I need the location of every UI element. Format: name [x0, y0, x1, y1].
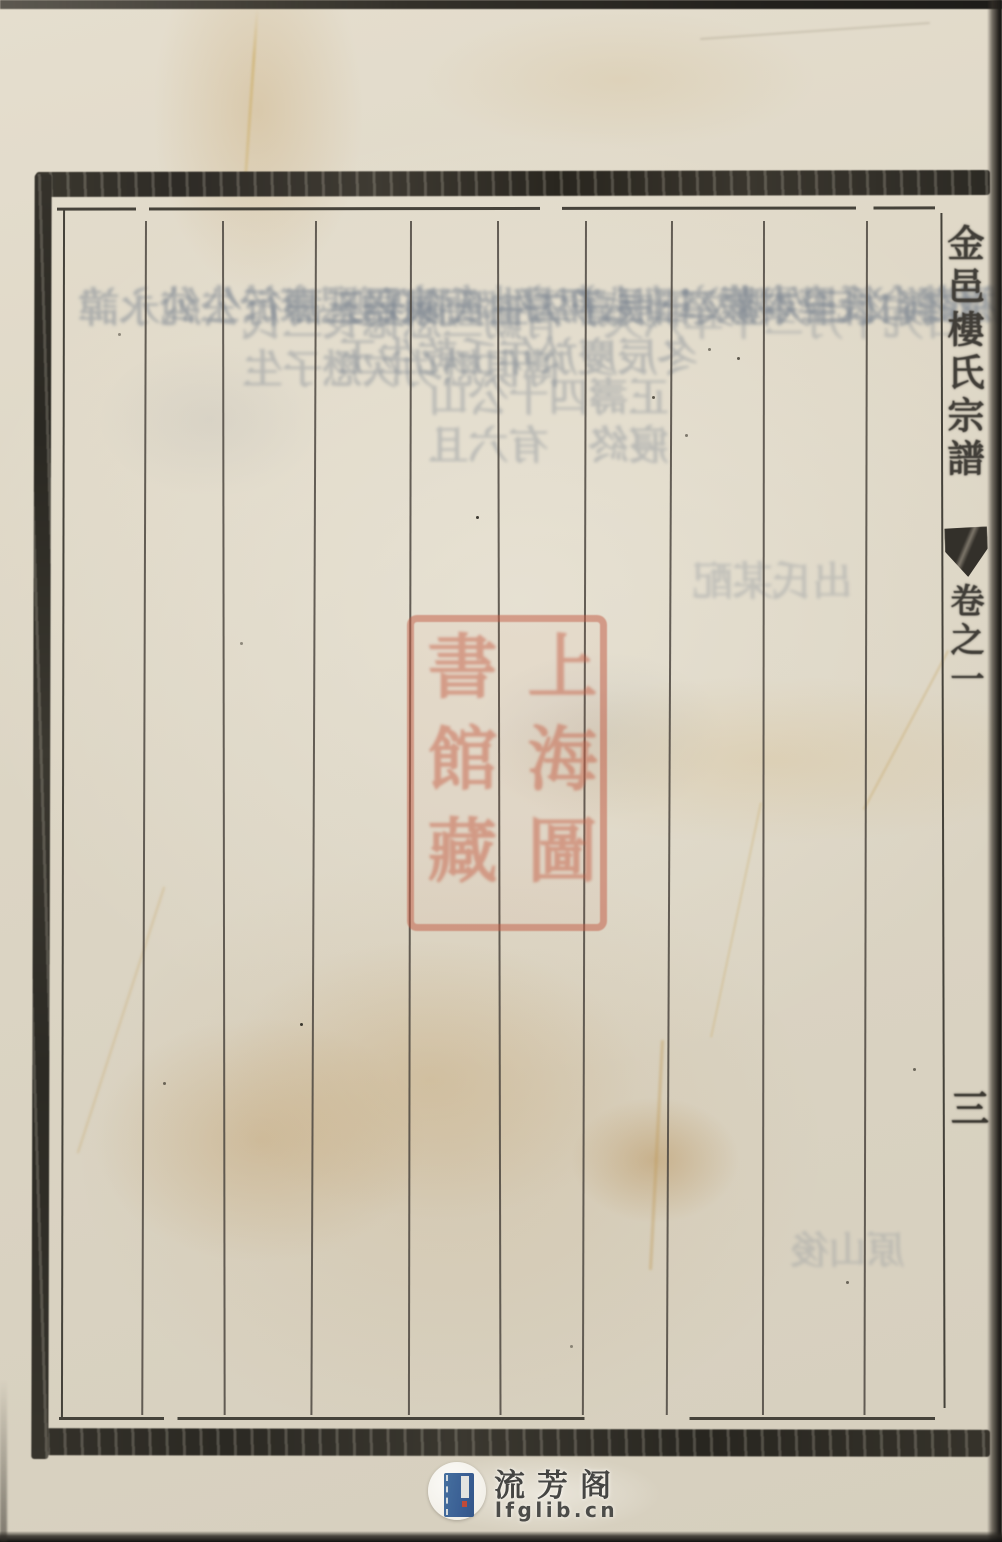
book-seal-dot	[462, 1501, 467, 1507]
paper-crease	[863, 650, 949, 810]
page-edge-shadow-left	[0, 1380, 7, 1542]
page-edge-shadow-bottom	[0, 1531, 1002, 1542]
book-title-slip	[461, 1476, 469, 1498]
frame-border-bottom	[33, 1428, 990, 1457]
shanghai-library-seal: 上海圖 書館藏	[407, 615, 607, 931]
scanned-genealogy-page: 諱永純公行壽三娶陳氏生二子長曰文禮次曰文義葬公生於康熙丙寅年十月初八日卒葬本里後…	[0, 0, 1002, 1542]
bleedthrough-column: 山且公六十有四 壽終正寢	[432, 376, 672, 472]
frame-border-left	[31, 174, 51, 1459]
ink-specks	[476, 516, 479, 519]
seal-text-right-column: 上海圖	[522, 630, 592, 916]
paper-crease	[77, 887, 165, 1154]
page-edge-shadow-top	[0, 0, 1002, 9]
watermark-badge	[428, 1462, 486, 1520]
seal-text-left-column: 書館藏	[422, 630, 492, 916]
volume-label: 卷之一	[947, 583, 981, 700]
bleedthrough-column: 配某氏出	[696, 560, 856, 608]
watermark-site-url: lfglib.cn	[495, 1498, 618, 1522]
inner-frame-line-bottom	[59, 1417, 935, 1420]
book-title: 金邑樓氏宗譜	[944, 224, 981, 482]
paper-crease	[700, 22, 930, 40]
inner-frame-line-top	[57, 206, 935, 210]
inner-frame-line-left	[61, 209, 65, 1419]
fishtail-mark-icon	[944, 526, 989, 577]
paper-crease	[244, 8, 259, 176]
column-rule-line	[222, 221, 225, 1415]
bleedthrough-column: 夫六年十二月十九日	[607, 300, 967, 348]
site-watermark: 流芳阁 lfglib.cn	[424, 1458, 704, 1530]
book-logo-icon	[444, 1473, 474, 1517]
column-rule-line	[141, 221, 147, 1415]
page-edge-shadow-right	[987, 0, 1002, 1542]
frame-border-top	[36, 170, 990, 197]
paper-crease	[649, 1040, 664, 1270]
bleedthrough-column: 後山原	[794, 1230, 908, 1276]
page-number: 三	[951, 1078, 989, 1133]
paper-crease	[710, 802, 762, 1037]
column-rule-line	[762, 221, 765, 1415]
